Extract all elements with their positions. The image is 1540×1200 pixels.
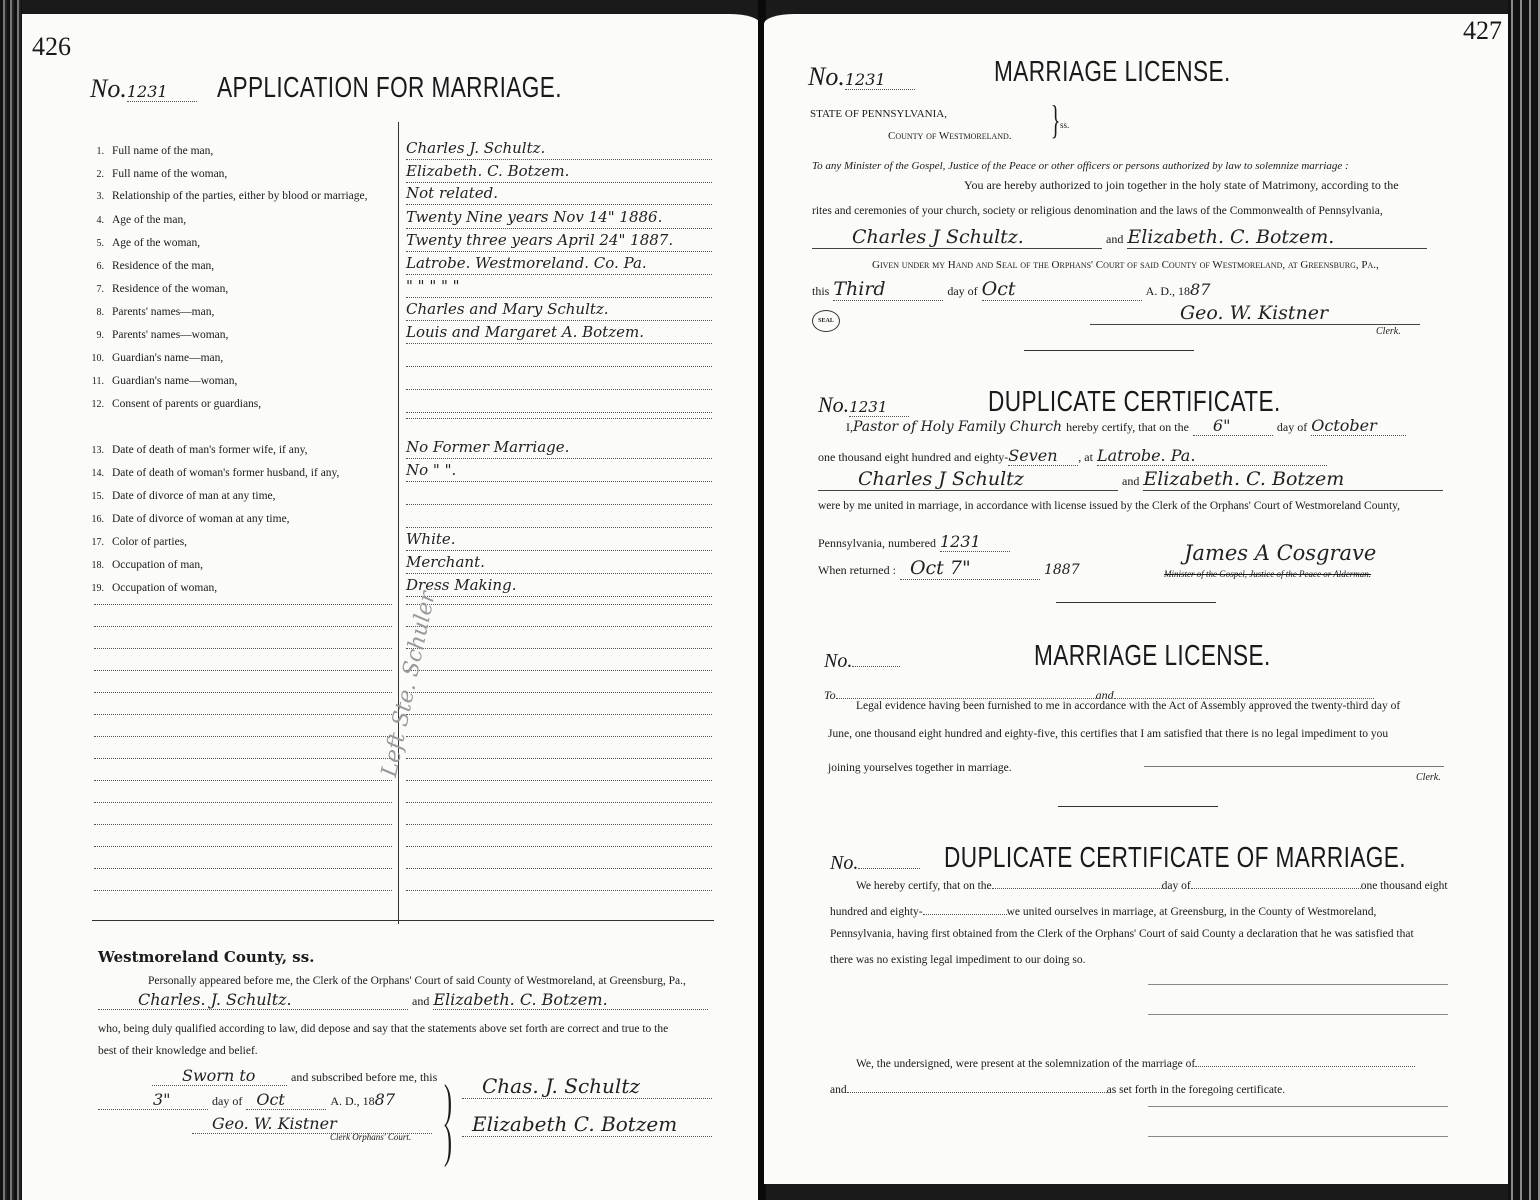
license-names: Charles J Schultz. and Elizabeth. C. Bot… xyxy=(812,226,1427,249)
application-number: 1231 xyxy=(127,82,197,102)
affidavit-names: Charles. J. Schultz. and Elizabeth. C. B… xyxy=(98,990,716,1010)
blank-line xyxy=(94,868,392,869)
field-number: 4. xyxy=(86,215,104,226)
minister-title: Minister of the Gospel, Justice of the P… xyxy=(1164,569,1371,579)
ss-label: ss. xyxy=(1060,120,1069,130)
to-text: To xyxy=(824,688,836,702)
left-page: 426 No.1231 APPLICATION FOR MARRIAGE. 1.… xyxy=(22,14,760,1200)
field-label: 1.Full name of the man, xyxy=(86,145,213,157)
divider xyxy=(1058,806,1218,807)
book-binding-left xyxy=(0,0,22,1200)
blank-line xyxy=(406,802,712,803)
blank-line xyxy=(94,692,392,693)
field-label-text: Consent of parents or guardians, xyxy=(112,398,261,410)
field-label-text: Color of parties, xyxy=(112,536,187,548)
returned-text: When returned : xyxy=(818,563,896,577)
field-label-text: Date of divorce of woman at any time, xyxy=(112,513,290,525)
certificate-line4: there was no existing legal impediment t… xyxy=(830,954,1086,966)
field-value xyxy=(406,346,712,367)
field-label: 3.Relationship of the parties, either by… xyxy=(86,190,367,202)
field-value: Elizabeth. C. Botzem. xyxy=(406,162,712,183)
blank-line xyxy=(406,846,712,847)
county-label: County of Westmoreland. xyxy=(888,130,1012,142)
year-prefix: one thousand eight hundred and eighty- xyxy=(818,450,1008,464)
blank-line xyxy=(94,890,392,891)
blank-line xyxy=(94,670,392,671)
blank-line xyxy=(406,670,712,671)
field-number: 13. xyxy=(86,445,104,456)
book-binding-right xyxy=(1508,0,1540,1200)
field-label: 18.Occupation of man, xyxy=(86,559,203,571)
brace: ) xyxy=(444,1114,452,1169)
blank-line xyxy=(406,824,712,825)
clerk-title: Clerk Orphans' Court. xyxy=(330,1132,411,1142)
field-value: Twenty three years April 24" 1887. xyxy=(406,231,712,252)
duplicate-names: Charles J Schultz and Elizabeth. C. Botz… xyxy=(818,468,1443,491)
divider xyxy=(1056,602,1216,603)
field-label: 11.Guardian's name—woman, xyxy=(86,375,237,387)
right-page: 427 No.1231 MARRIAGE LICENSE. STATE OF P… xyxy=(764,14,1508,1184)
field-value xyxy=(406,392,712,413)
blank-line xyxy=(94,780,392,781)
field-number: 17. xyxy=(86,537,104,548)
day-of-text: day of xyxy=(947,284,977,298)
and-text: and xyxy=(1122,474,1139,488)
numbered-line: Pennsylvania, numbered 1231 xyxy=(818,532,1010,552)
field-label-text: Full name of the man, xyxy=(112,145,213,157)
blank-line xyxy=(406,418,712,419)
blank-line xyxy=(94,758,392,759)
license2-number-label: No. xyxy=(824,650,900,673)
field-number: 11. xyxy=(86,376,104,387)
blank-line xyxy=(406,890,712,891)
field-label: 6.Residence of the man, xyxy=(86,260,214,272)
field-label: 2.Full name of the woman, xyxy=(86,168,227,180)
this-text: this xyxy=(812,284,829,298)
duplicate-month: October xyxy=(1311,416,1406,436)
sworn-month: Oct xyxy=(246,1090,326,1110)
duplicate-title: DUPLICATE CERTIFICATE. xyxy=(988,386,1281,419)
returned-date: Oct 7" xyxy=(900,557,1040,580)
duplicate-line1: I,Pastor of Holy Family Church hereby ce… xyxy=(846,416,1406,436)
field-value: Dress Making. xyxy=(406,576,712,597)
blank-line xyxy=(94,824,392,825)
blank-line xyxy=(406,604,712,605)
certify-text: hereby certify, that on the xyxy=(1066,420,1189,434)
and-text: and xyxy=(412,994,429,1008)
field-label-text: Occupation of woman, xyxy=(112,582,217,594)
license-month: Oct xyxy=(982,278,1142,301)
sworn-date-line: 3" day of Oct A. D., 1887 xyxy=(98,1090,395,1110)
address-line: To any Minister of the Gospel, Justice o… xyxy=(812,160,1349,172)
blank-line xyxy=(406,868,712,869)
field-label-text: Parents' names—woman, xyxy=(112,329,228,341)
seal-icon: SEAL xyxy=(812,310,840,332)
field-label: 8.Parents' names—man, xyxy=(86,306,214,318)
field-label-text: Date of divorce of man at any time, xyxy=(112,490,276,502)
field-value xyxy=(406,369,712,390)
text: hundred and eighty- xyxy=(830,906,923,918)
license2-body2: June, one thousand eight hundred and eig… xyxy=(828,728,1388,740)
blank-line xyxy=(406,692,712,693)
field-label: 15.Date of divorce of man at any time, xyxy=(86,490,276,502)
blank-line xyxy=(406,758,712,759)
section-divider xyxy=(92,920,714,921)
license2-title: MARRIAGE LICENSE. xyxy=(1034,640,1271,673)
license-woman-name: Elizabeth. C. Botzem. xyxy=(1127,226,1427,249)
sworn-value: Sworn to xyxy=(152,1066,287,1086)
witness-line1: We, the undersigned, were present at the… xyxy=(856,1054,1415,1072)
field-label-text: Occupation of man, xyxy=(112,559,203,571)
signature-line xyxy=(1148,1106,1448,1107)
field-value: White. xyxy=(406,530,712,551)
field-label: 12.Consent of parents or guardians, xyxy=(86,398,261,410)
field-label-text: Date of death of woman's former husband,… xyxy=(112,467,339,479)
blank-line xyxy=(406,780,712,781)
ad-text: A. D., 18 xyxy=(1146,284,1190,298)
returned-line: When returned : Oct 7" 1887 xyxy=(818,557,1080,580)
field-value xyxy=(406,507,712,528)
at-text: , at xyxy=(1078,450,1093,464)
field-value: Not related. xyxy=(406,184,712,205)
sworn-day: 3" xyxy=(98,1090,208,1110)
affidavit-line1: Personally appeared before me, the Clerk… xyxy=(148,975,686,987)
returned-year: 1887 xyxy=(1044,562,1080,578)
license-body1: You are hereby authorized to join togeth… xyxy=(964,178,1399,193)
blank-line xyxy=(94,846,392,847)
field-number: 19. xyxy=(86,583,104,594)
column-divider xyxy=(398,122,399,924)
field-label: 16.Date of divorce of woman at any time, xyxy=(86,513,290,525)
affidavit-woman-name: Elizabeth. C. Botzem. xyxy=(433,990,708,1010)
sworn-text: and subscribed before me, this xyxy=(291,1070,437,1084)
license2-body3: joining yourselves together in marriage. xyxy=(828,762,1012,774)
clerk-signature: Geo. W. Kistner xyxy=(192,1114,432,1134)
state-label: STATE OF PENNSYLVANIA, xyxy=(810,108,947,120)
field-value: Louis and Margaret A. Botzem. xyxy=(406,323,712,344)
field-label-text: Relationship of the parties, either by b… xyxy=(112,190,367,202)
license-number-label: No.1231 xyxy=(808,62,915,92)
field-label-text: Parents' names—man, xyxy=(112,306,214,318)
officiant: Pastor of Holy Family Church xyxy=(853,419,1062,435)
field-number: 16. xyxy=(86,514,104,525)
affidavit-man-name: Charles. J. Schultz. xyxy=(98,990,408,1010)
field-label-text: Full name of the woman, xyxy=(112,168,227,180)
day-of-text: day of xyxy=(212,1094,242,1108)
field-label-text: Age of the woman, xyxy=(112,237,200,249)
field-number: 10. xyxy=(86,353,104,364)
clerk-label: Clerk. xyxy=(1376,326,1401,337)
witness-line2: andas set forth in the foregoing certifi… xyxy=(830,1080,1285,1098)
duplicate-line2: one thousand eight hundred and eighty-Se… xyxy=(818,446,1327,466)
field-label-text: Age of the man, xyxy=(112,214,186,226)
field-number: 9. xyxy=(86,330,104,341)
ad-text: A. D., 18 xyxy=(330,1094,374,1108)
license-number: 1231 xyxy=(845,70,915,90)
page-number: 427 xyxy=(1463,16,1502,46)
blank-line xyxy=(406,736,712,737)
blank-line xyxy=(94,626,392,627)
blank-line xyxy=(94,648,392,649)
margin-note: Left Ste. Schuler xyxy=(377,589,441,779)
blank-line xyxy=(94,736,392,737)
brace: } xyxy=(1051,96,1061,143)
text: day of xyxy=(1162,880,1191,892)
field-label-text: Guardian's name—woman, xyxy=(112,375,237,387)
text: and xyxy=(830,1084,847,1096)
day-of-text: day of xyxy=(1277,420,1307,434)
signature-woman: Elizabeth C. Botzem xyxy=(462,1112,712,1137)
license-body2: rites and ceremonies of your church, soc… xyxy=(812,205,1383,217)
field-value: Charles J. Schultz. xyxy=(406,139,712,160)
text: We, the undersigned, were present at the… xyxy=(856,1058,1195,1070)
blank-line xyxy=(94,714,392,715)
text: We hereby certify, that on the xyxy=(856,880,992,892)
given-line: Given under my Hand and Seal of the Orph… xyxy=(872,259,1379,271)
duplicate-year: Seven xyxy=(1008,446,1078,466)
field-number: 6. xyxy=(86,261,104,272)
duplicate-place: Latrobe. Pa. xyxy=(1097,446,1327,466)
minister-signature: James A Cosgrave xyxy=(1184,541,1376,565)
certificate-number-label: No. xyxy=(830,852,920,875)
field-label: 10.Guardian's name—man, xyxy=(86,352,223,364)
field-value: Twenty Nine years Nov 14" 1886. xyxy=(406,208,712,229)
field-label: 9.Parents' names—woman, xyxy=(86,329,228,341)
duplicate-day: 6" xyxy=(1193,416,1273,436)
application-title: APPLICATION FOR MARRIAGE. xyxy=(217,72,562,105)
license-year: 87 xyxy=(1190,280,1210,299)
affidavit-heading: Westmoreland County, ss. xyxy=(98,948,314,966)
certificate-line1: We hereby certify, that on theday ofone … xyxy=(856,876,1448,894)
sworn-year: 87 xyxy=(375,1090,395,1109)
field-number: 8. xyxy=(86,307,104,318)
field-label: 19.Occupation of woman, xyxy=(86,582,217,594)
blank-line xyxy=(406,714,712,715)
numbered-value: 1231 xyxy=(940,532,1010,552)
field-value: Merchant. xyxy=(406,553,712,574)
clerk-signature-line xyxy=(1144,766,1444,767)
license-date-line: this Third day of Oct A. D., 1887 xyxy=(812,278,1210,301)
field-value: " " " " " xyxy=(406,277,712,298)
field-number: 7. xyxy=(86,284,104,295)
field-number: 2. xyxy=(86,169,104,180)
united-line: were by me united in marriage, in accord… xyxy=(818,500,1400,512)
certificate-line3: Pennsylvania, having first obtained from… xyxy=(830,928,1414,940)
license-man-name: Charles J Schultz. xyxy=(812,226,1102,249)
blank-line xyxy=(94,604,392,605)
license-title: MARRIAGE LICENSE. xyxy=(994,56,1231,89)
sworn-line: Sworn to and subscribed before me, this xyxy=(152,1066,437,1086)
field-number: 1. xyxy=(86,146,104,157)
field-number: 18. xyxy=(86,560,104,571)
field-label: 5.Age of the woman, xyxy=(86,237,200,249)
duplicate-number-label: No.1231 xyxy=(818,392,909,418)
field-label-text: Residence of the woman, xyxy=(112,283,228,295)
field-number: 15. xyxy=(86,491,104,502)
affidavit-line2: who, being duly qualified according to l… xyxy=(98,1023,668,1035)
blank-line xyxy=(94,802,392,803)
application-number-label: No.1231 xyxy=(90,74,197,104)
blank-line xyxy=(406,626,712,627)
license-clerk-signature: Geo. W. Kistner xyxy=(1090,302,1420,325)
affidavit-line3: best of their knowledge and belief. xyxy=(98,1045,258,1057)
and-text: and xyxy=(1106,232,1123,246)
field-value: Latrobe. Westmoreland. Co. Pa. xyxy=(406,254,712,275)
field-label: 4.Age of the man, xyxy=(86,214,186,226)
field-number: 14. xyxy=(86,468,104,479)
divider xyxy=(1024,350,1194,351)
field-number: 5. xyxy=(86,238,104,249)
field-label: 14.Date of death of woman's former husba… xyxy=(86,467,339,479)
field-label: 17.Color of parties, xyxy=(86,536,187,548)
field-label: 7.Residence of the woman, xyxy=(86,283,228,295)
i-text: I, xyxy=(846,420,853,434)
field-value xyxy=(406,484,712,505)
license2-body1: Legal evidence having been furnished to … xyxy=(856,700,1400,712)
duplicate-man-name: Charles J Schultz xyxy=(818,468,1118,491)
signature-line xyxy=(1148,984,1448,985)
signature-line xyxy=(1148,1136,1448,1137)
duplicate-woman-name: Elizabeth. C. Botzem xyxy=(1143,468,1443,491)
duplicate-number: 1231 xyxy=(849,398,909,417)
license-day: Third xyxy=(833,278,943,301)
text: as set forth in the foregoing certificat… xyxy=(1107,1084,1286,1096)
certificate-line2: hundred and eighty-we united ourselves i… xyxy=(830,902,1376,920)
field-value: No " ". xyxy=(406,461,712,482)
clerk-label: Clerk. xyxy=(1416,772,1441,783)
field-value: Charles and Mary Schultz. xyxy=(406,300,712,321)
blank-line xyxy=(406,648,712,649)
signature-line xyxy=(1148,1014,1448,1015)
field-label: 13.Date of death of man's former wife, i… xyxy=(86,444,307,456)
text: we united ourselves in marriage, at Gree… xyxy=(1007,906,1377,918)
field-label-text: Residence of the man, xyxy=(112,260,214,272)
text: one thousand eight xyxy=(1361,880,1448,892)
numbered-text: Pennsylvania, numbered xyxy=(818,536,936,550)
field-label-text: Guardian's name—man, xyxy=(112,352,223,364)
field-number: 3. xyxy=(86,191,104,202)
field-label-text: Date of death of man's former wife, if a… xyxy=(112,444,307,456)
certificate-title: DUPLICATE CERTIFICATE OF MARRIAGE. xyxy=(944,842,1406,875)
field-number: 12. xyxy=(86,399,104,410)
page-number: 426 xyxy=(32,32,71,62)
field-value: No Former Marriage. xyxy=(406,438,712,459)
signature-man: Chas. J. Schultz xyxy=(462,1074,712,1099)
